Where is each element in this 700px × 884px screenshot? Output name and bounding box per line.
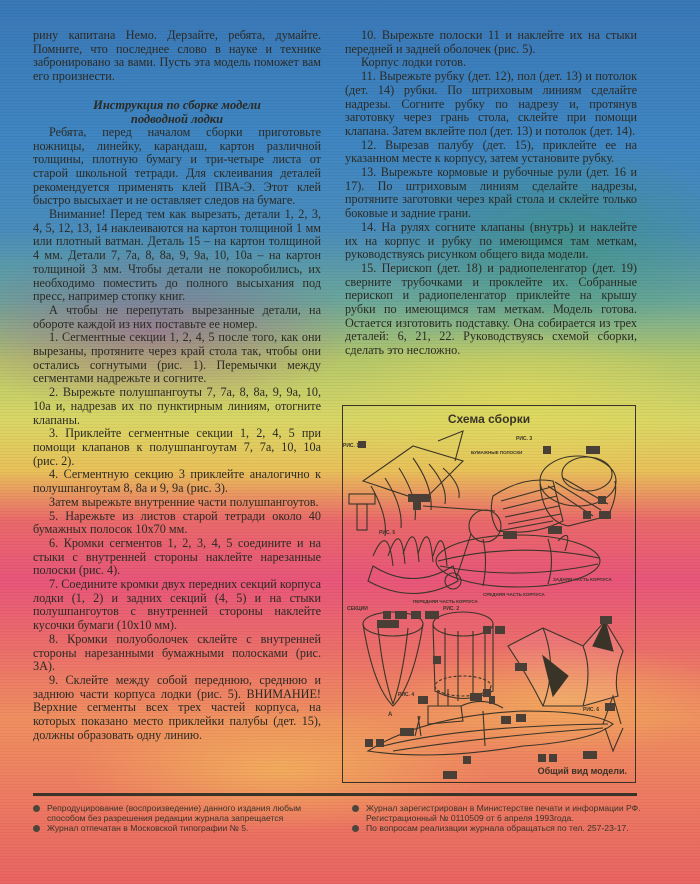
step-13: 13. Вырежьте кормовые и рубочные рули (д… (345, 166, 637, 221)
step-8: 8. Кромки полуоболочек склейте с внутрен… (33, 633, 321, 674)
paragraph: Внимание! Перед тем как вырезать, детали… (33, 208, 321, 304)
step-14: 14. На рулях согните клапаны (внутрь) и … (345, 221, 637, 262)
footer-divider (33, 793, 637, 796)
assembly-schematic-icon: РИС. 1 БУМАЖНЫЕ ПОЛОСКИ РИС. 3 РИС. 5 РИ… (343, 406, 637, 784)
svg-text:СРЕДНЯЯ ЧАСТЬ КОРПУСА: СРЕДНЯЯ ЧАСТЬ КОРПУСА (483, 592, 546, 597)
heading-line-1: Инструкция по сборке модели (33, 98, 321, 112)
instruction-heading: Инструкция по сборке модели подводной ло… (33, 98, 321, 126)
paragraph: Затем вырежьте внутренние части полушпан… (33, 496, 321, 510)
svg-text:СЕКЦИИ: СЕКЦИИ (347, 606, 368, 612)
svg-text:А: А (388, 712, 393, 718)
right-column: 10. Вырежьте полоски 11 и наклейте их на… (345, 29, 637, 358)
step-2: 2. Вырежьте полушпангоуты 7, 7а, 8, 8а, … (33, 386, 321, 427)
svg-text:РИС. 1: РИС. 1 (343, 443, 359, 449)
svg-text:ПЕРЕДНЯЯ ЧАСТЬ КОРПУСА: ПЕРЕДНЯЯ ЧАСТЬ КОРПУСА (413, 599, 479, 604)
step-3: 3. Приклейте сегментные секции 1, 2, 4, … (33, 427, 321, 468)
diagram-caption: Общий вид модели. (538, 766, 627, 776)
bullet-icon (33, 825, 40, 832)
bullet-icon (352, 825, 359, 832)
step-7: 7. Соедините кромки двух передних секций… (33, 578, 321, 633)
left-column: рину капитана Немо. Дерзайте, ребята, ду… (33, 29, 321, 742)
footer-note: По вопросам реализации журнала обращатьс… (352, 823, 642, 833)
svg-text:РИС. 6: РИС. 6 (583, 707, 599, 713)
footer-right: Журнал зарегистрирован в Министерстве пе… (352, 803, 642, 834)
bullet-icon (33, 805, 40, 812)
paragraph: Ребята, перед началом сборки приготовьте… (33, 126, 321, 208)
svg-text:РИС. 5: РИС. 5 (379, 530, 395, 536)
footer-note: Журнал отпечатан в Московской типографии… (33, 823, 323, 833)
bullet-icon (352, 805, 359, 812)
heading-line-2: подводной лодки (33, 112, 321, 126)
footer-note: Репродуцирование (воспроизведение) данно… (33, 803, 323, 823)
intro-paragraph: рину капитана Немо. Дерзайте, ребята, ду… (33, 29, 321, 84)
step-12: 12. Вырезав палубу (дет. 15), приклейте … (345, 139, 637, 166)
svg-text:РИС. 4: РИС. 4 (398, 692, 414, 698)
assembly-diagram: Схема сборки (342, 405, 636, 783)
svg-text:РИС. 3: РИС. 3 (516, 436, 532, 442)
step-11: 11. Вырежьте рубку (дет. 12), пол (дет. … (345, 70, 637, 139)
footer-note: Журнал зарегистрирован в Министерстве пе… (352, 803, 642, 823)
svg-text:БУМАЖНЫЕ ПОЛОСКИ: БУМАЖНЫЕ ПОЛОСКИ (471, 450, 522, 455)
step-9: 9. Склейте между собой переднюю, среднюю… (33, 674, 321, 743)
svg-text:ЗАДНЯЯ ЧАСТЬ КОРПУСА: ЗАДНЯЯ ЧАСТЬ КОРПУСА (553, 577, 613, 582)
paragraph: А чтобы не перепутать вырезанные детали,… (33, 304, 321, 331)
svg-text:РИС. 2: РИС. 2 (443, 606, 459, 612)
step-15: 15. Перископ (дет. 18) и радиопеленгатор… (345, 262, 637, 358)
paragraph: Корпус лодки готов. (345, 56, 637, 70)
step-5: 5. Нарежьте из листов старой тетради око… (33, 510, 321, 537)
step-6: 6. Кромки сегментов 1, 2, 3, 4, 5 соедин… (33, 537, 321, 578)
step-4: 4. Сегментную секцию 3 приклейте аналоги… (33, 468, 321, 495)
step-10: 10. Вырежьте полоски 11 и наклейте их на… (345, 29, 637, 56)
footer-left: Репродуцирование (воспроизведение) данно… (33, 803, 323, 834)
step-1: 1. Сегментные секции 1, 2, 4, 5 после то… (33, 331, 321, 386)
